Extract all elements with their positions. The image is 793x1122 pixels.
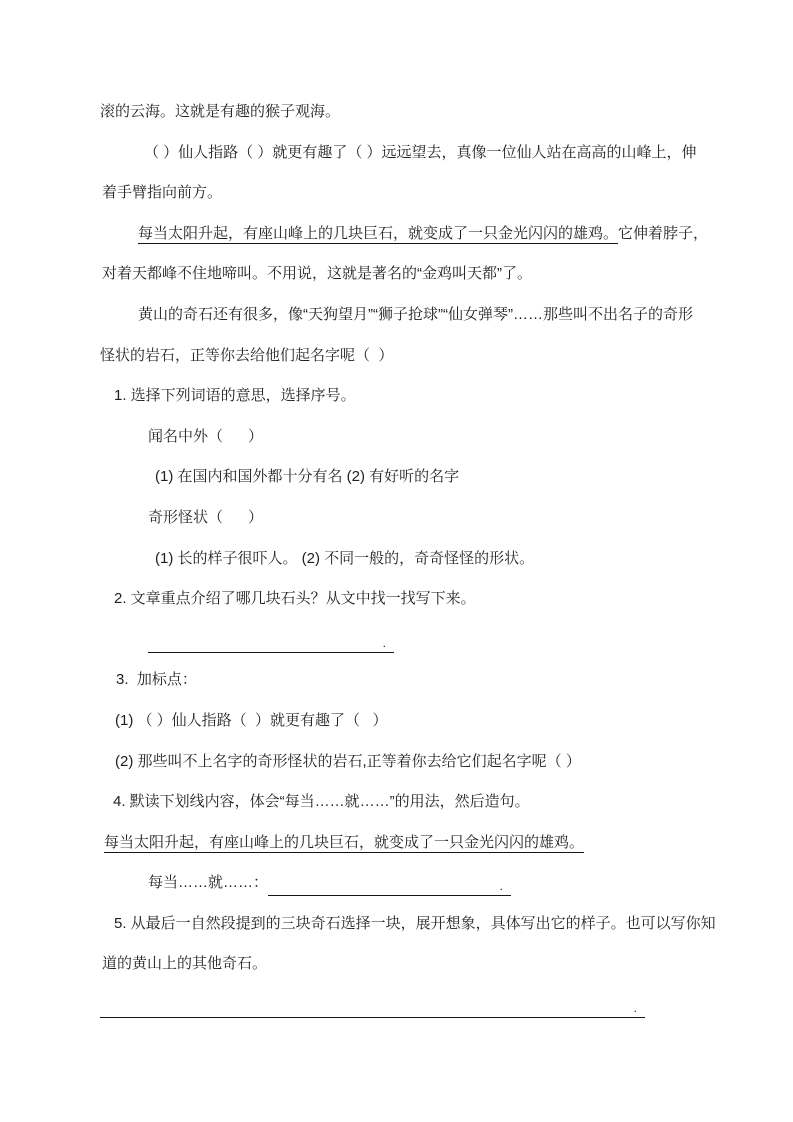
text-segment: 4. 默读下划线内容，体会“每当……就……”的用法，然后造句。 <box>113 793 530 810</box>
text-line: 每当……就……：. <box>100 863 773 904</box>
text-line: (1) 在国内和国外都十分有名 (2) 有好听的名字 <box>100 457 773 498</box>
text-line: 着手臂指向前方。 <box>100 173 773 214</box>
text-line: 道的黄山上的其他奇石。 <box>100 944 773 985</box>
blank-end-mark: . <box>634 1001 637 1015</box>
answer-blank: . <box>268 880 511 896</box>
underlined-segment: 每当太阳升起，有座山峰上的几块巨石，就变成了一只金光闪闪的雄鸡。 <box>138 225 618 244</box>
text-line: 对着天都峰不住地啼叫。不用说，这就是著名的“金鸡叫天都”了。 <box>100 254 773 295</box>
text-line: 2. 文章重点介绍了哪几块石头？从文中找一找写下来。 <box>100 579 773 620</box>
text-line: 4. 默读下划线内容，体会“每当……就……”的用法，然后造句。 <box>100 782 773 823</box>
text-line: 5. 从最后一自然段提到的三块奇石选择一块，展开想象，具体写出它的样子。也可以写… <box>100 904 773 945</box>
text-segment: (1) 长的样子很吓人。 (2) 不同一般的，奇奇怪怪的形状。 <box>155 550 534 567</box>
text-segment: (1) （ ）仙人指路（ ）就更有趣了（ ） <box>115 712 388 729</box>
text-segment: (1) 在国内和国外都十分有名 (2) 有好听的名字 <box>155 468 459 485</box>
text-line: （ ）仙人指路（ ）就更有趣了（ ）远远望去，真像一位仙人站在高高的山峰上，伸 <box>100 133 773 174</box>
text-line: 闻名中外（ ） <box>100 417 773 458</box>
text-line: . <box>100 620 773 661</box>
text-line: 每当太阳升起，有座山峰上的几块巨石，就变成了一只金光闪闪的雄鸡。 <box>100 823 773 864</box>
text-line: (2) 那些叫不上名字的奇形怪状的岩石,正等着你去给它们起名字呢（ ） <box>100 742 773 783</box>
text-segment: (2) 那些叫不上名字的奇形怪状的岩石,正等着你去给它们起名字呢（ ） <box>115 753 581 770</box>
text-line: 1. 选择下列词语的意思，选择序号。 <box>100 376 773 417</box>
text-segment: 着手臂指向前方。 <box>102 184 222 201</box>
text-line: 每当太阳升起，有座山峰上的几块巨石，就变成了一只金光闪闪的雄鸡。它伸着脖子， <box>100 214 773 255</box>
text-line: 奇形怪状（ ） <box>100 498 773 539</box>
text-line: 滚的云海。这就是有趣的猴子观海。 <box>100 92 773 133</box>
text-line: 怪状的岩石，正等你去给他们起名字呢（ ） <box>100 336 773 377</box>
text-segment: 对着天都峰不住地啼叫。不用说，这就是著名的“金鸡叫天都”了。 <box>102 265 532 282</box>
text-segment: 闻名中外（ ） <box>148 428 263 445</box>
text-segment: 道的黄山上的其他奇石。 <box>102 955 267 972</box>
text-segment: 1. 选择下列词语的意思，选择序号。 <box>114 387 356 404</box>
worksheet-text-body: 滚的云海。这就是有趣的猴子观海。（ ）仙人指路（ ）就更有趣了（ ）远远望去，真… <box>100 92 773 1026</box>
blank-end-mark: . <box>500 879 503 893</box>
text-line: (1) （ ）仙人指路（ ）就更有趣了（ ） <box>100 701 773 742</box>
text-line: 3. 加标点： <box>100 660 773 701</box>
worksheet-page: 滚的云海。这就是有趣的猴子观海。（ ）仙人指路（ ）就更有趣了（ ）远远望去，真… <box>0 0 793 1122</box>
text-line: 黄山的奇石还有很多，像“天狗望月”“狮子抢球”“仙女弹琴”……那些叫不出名子的奇… <box>100 295 773 336</box>
text-segment: 它伸着脖子， <box>618 225 708 242</box>
text-segment: 5. 从最后一自然段提到的三块奇石选择一块，展开想象，具体写出它的样子。也可以写… <box>114 915 716 932</box>
text-segment: 每当……就……： <box>148 874 268 891</box>
text-line: . <box>100 985 773 1026</box>
text-segment: 奇形怪状（ ） <box>148 509 263 526</box>
blank-end-mark: . <box>383 636 386 650</box>
answer-blank: . <box>100 1002 645 1018</box>
underlined-segment: 每当太阳升起，有座山峰上的几块巨石，就变成了一只金光闪闪的雄鸡。 <box>104 834 584 853</box>
text-segment: 怪状的岩石，正等你去给他们起名字呢（ ） <box>100 347 393 364</box>
text-segment: 2. 文章重点介绍了哪几块石头？从文中找一找写下来。 <box>114 590 476 607</box>
text-segment: （ ）仙人指路（ ）就更有趣了（ ）远远望去，真像一位仙人站在高高的山峰上，伸 <box>144 144 697 161</box>
text-line: (1) 长的样子很吓人。 (2) 不同一般的，奇奇怪怪的形状。 <box>100 539 773 580</box>
answer-blank: . <box>148 637 394 653</box>
text-segment: 3. 加标点： <box>116 671 197 688</box>
text-segment: 黄山的奇石还有很多，像“天狗望月”“狮子抢球”“仙女弹琴”……那些叫不出名子的奇… <box>138 306 693 323</box>
text-segment: 滚的云海。这就是有趣的猴子观海。 <box>100 103 340 120</box>
